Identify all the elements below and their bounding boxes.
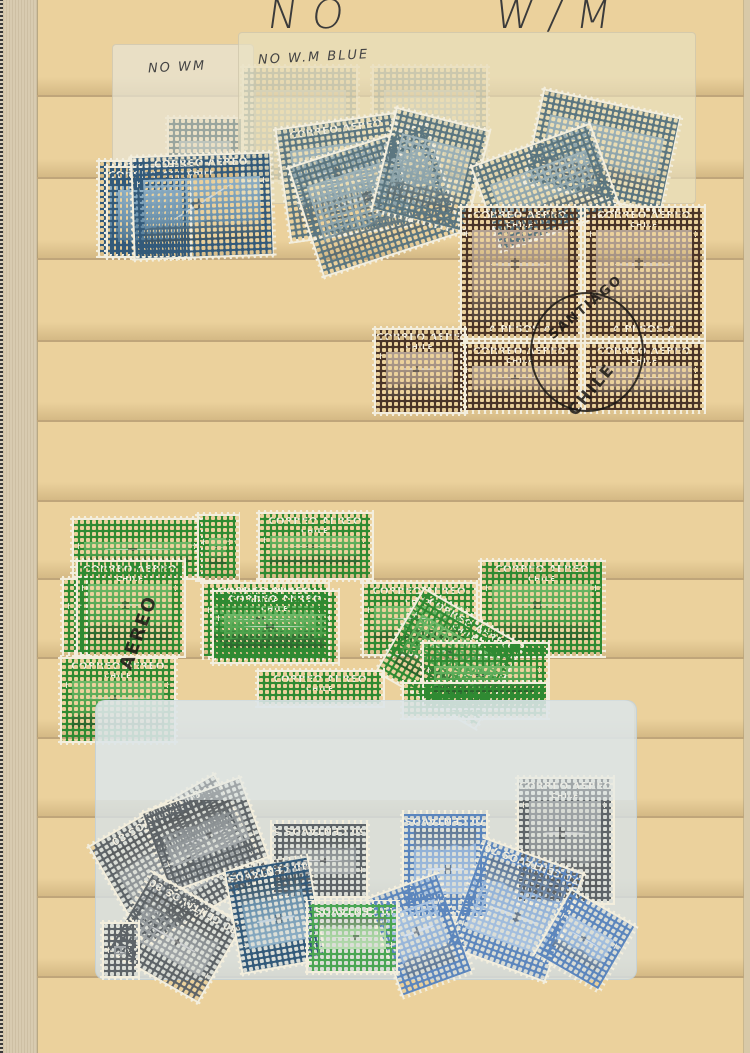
stamp-grey: ✝✝✝✝✝✝✝✝✝✝✝✝✝✝✝✝✝✝✝✝✝✝✝✝ [100,920,140,980]
stamp-value: 50 CENTAVOS 50 [274,825,366,836]
glassine-overlay [96,700,634,800]
glassine-note-left: NO WM [148,58,207,76]
stamp-green: CORREO AEREO CHILE ✝✝✝✝✝✝✝✝✝✝✝✝✝✝✝✝✝✝✝✝✝… [210,588,340,666]
stockbook-page: NO W/M NO WM NO W.M BLUE CORREO AEREO CO… [0,0,750,1053]
stamp-value: 70 CENTAVOS 70 [404,815,486,826]
stamp-title: CORREO AEREO [260,516,370,527]
stamp-green: ✝✝✝✝✝✝✝✝✝✝✝✝✝✝✝✝✝✝✝✝✝✝✝✝ [195,512,240,582]
stamp-title: CORREO AEREO [482,564,602,575]
stamp-value: 10 CENTAVOS 10 [309,905,396,916]
stamp-blue: CORREO AEREOCHILE✝✝✝✝✝✝✝✝✝✝✝✝✝✝ [128,150,277,263]
stamp-title: CORREO AEREO [462,210,578,221]
strip-shadow [37,482,744,500]
stamp-title: CORREO AEREO [78,564,182,575]
stockbook-strip [37,420,744,422]
stockbook-strip [37,500,744,502]
stamp-country: CHILE [482,575,602,583]
stamp-country: CHILE [259,685,381,693]
stamp-brown: CORREO AEREOCHILE✝✝✝✝✝✝✝ [372,326,467,416]
stamp-country: CHILE [586,221,702,229]
page-edge [743,0,750,1053]
stamp-green: CORREO AEREO CHILE ✝✝✝✝✝✝✝✝✝✝✝✝✝✝✝✝✝✝✝✝✝… [256,510,374,582]
stamp-title: CORREO AEREO [259,674,381,685]
stamp-lightgreen: ✝✝✝✝✝✝✝✝✝✝✝✝✝✝✝✝✝✝✝✝✝✝✝✝ 10 CENTAVOS 10 [305,900,400,975]
stamp-country: CHILE [214,605,336,613]
stamp-country: CHILE [78,575,182,583]
stamp-title: CORREO AEREO [586,210,702,221]
stamp-title: CORREO AEREO [214,594,336,605]
stamp-country: CHILE [260,527,370,535]
stamp-country: CHILE [62,672,174,680]
stamp-country: CHILE [462,221,578,229]
cloth-binding [0,0,38,1053]
